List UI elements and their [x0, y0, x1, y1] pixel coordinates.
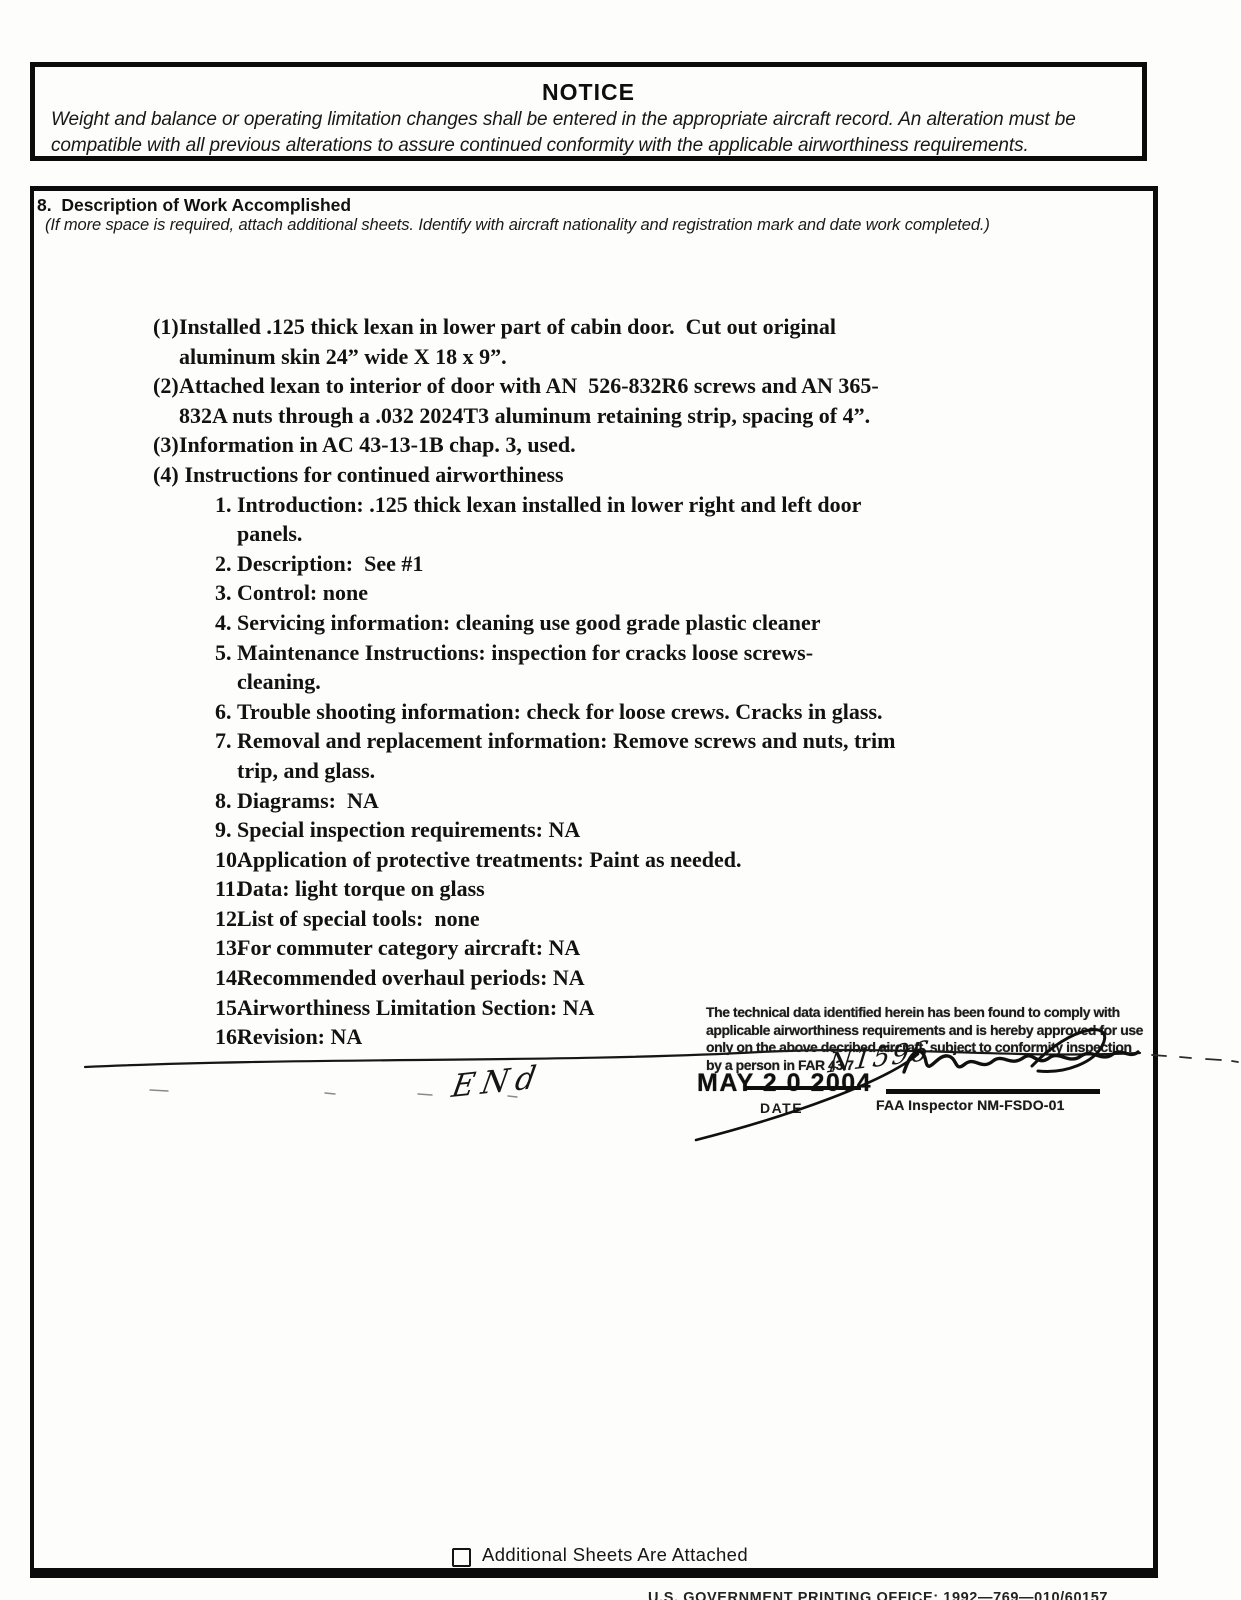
item-text: Maintenance Instructions: inspection for… — [237, 638, 1241, 697]
sub-item: 6.Trouble shooting information: check fo… — [0, 697, 1241, 727]
item-marker: (2) — [153, 371, 179, 401]
work-item: (2)Attached lexan to interior of door wi… — [0, 371, 1241, 430]
item-text: Control: none — [237, 578, 1241, 608]
item-marker: 1. — [215, 490, 232, 520]
section8-subtitle: (If more space is required, attach addit… — [45, 216, 990, 235]
item-marker: 9. — [215, 815, 232, 845]
item-marker: 10. — [215, 845, 243, 875]
item-marker: 6. — [215, 697, 232, 727]
item-text: Introduction: .125 thick lexan installed… — [237, 490, 1241, 549]
item-text: Removal and replacement information: Rem… — [237, 726, 1241, 785]
form-337-page: NOTICE Weight and balance or operating l… — [0, 0, 1241, 1600]
item-text: Recommended overhaul periods: NA — [237, 963, 1241, 993]
item-text: Data: light torque on glass — [237, 874, 1241, 904]
sub-item: 10.Application of protective treatments:… — [0, 845, 1241, 875]
item-text: Information in AC 43-13-1B chap. 3, used… — [179, 430, 1241, 460]
item-marker: 3. — [215, 578, 232, 608]
sub-item: 13.For commuter category aircraft: NA — [0, 933, 1241, 963]
print-office-imprint: U.S. GOVERNMENT PRINTING OFFICE: 1992—76… — [648, 1590, 1108, 1600]
item-marker: 11. — [215, 874, 241, 904]
sub-item: 5.Maintenance Instructions: inspection f… — [0, 638, 1241, 697]
sub-item: 14.Recommended overhaul periods: NA — [0, 963, 1241, 993]
item-marker: 13. — [215, 933, 243, 963]
item-text: Trouble shooting information: check for … — [237, 697, 1241, 727]
additional-sheets-label: Additional Sheets Are Attached — [482, 1544, 748, 1566]
sub-item: 12.List of special tools: none — [0, 904, 1241, 934]
section8-title: 8. Description of Work Accomplished — [37, 195, 351, 216]
item-marker: 8. — [215, 786, 232, 816]
sub-item: 1.Introduction: .125 thick lexan install… — [0, 490, 1241, 549]
item-text: Application of protective treatments: Pa… — [237, 845, 1241, 875]
sub-item: 3.Control: none — [0, 578, 1241, 608]
notice-title: NOTICE — [35, 79, 1142, 106]
item-marker: 5. — [215, 638, 232, 668]
work-item: (3)Information in AC 43-13-1B chap. 3, u… — [0, 430, 1241, 460]
item-text: Diagrams: NA — [237, 786, 1241, 816]
item-text: Installed .125 thick lexan in lower part… — [179, 312, 1241, 371]
item-text: Servicing information: cleaning use good… — [237, 608, 1241, 638]
item-text: Special inspection requirements: NA — [237, 815, 1241, 845]
sub-item: 8.Diagrams: NA — [0, 786, 1241, 816]
sub-item: 4.Servicing information: cleaning use go… — [0, 608, 1241, 638]
item-marker: 15. — [215, 993, 243, 1023]
continued-airworthiness-list: 1.Introduction: .125 thick lexan install… — [0, 490, 1241, 1052]
item-text: Instructions for continued airworthiness — [179, 460, 1241, 490]
additional-sheets-checkbox[interactable] — [452, 1548, 471, 1567]
work-item: (4) Instructions for continued airworthi… — [0, 460, 1241, 490]
item-marker: (4) — [153, 460, 179, 490]
item-marker: (3) — [153, 430, 179, 460]
item-text: For commuter category aircraft: NA — [237, 933, 1241, 963]
sub-item: 2.Description: See #1 — [0, 549, 1241, 579]
item-marker: 14. — [215, 963, 243, 993]
inspector-signature — [680, 1020, 1160, 1160]
item-marker: 2. — [215, 549, 232, 579]
work-items-list: (1)Installed .125 thick lexan in lower p… — [0, 312, 1241, 490]
sub-item: 7.Removal and replacement information: R… — [0, 726, 1241, 785]
item-marker: (1) — [153, 312, 179, 342]
work-description: (1)Installed .125 thick lexan in lower p… — [0, 312, 1241, 1052]
item-text: Attached lexan to interior of door with … — [179, 371, 1241, 430]
item-text: Description: See #1 — [237, 549, 1241, 579]
sub-item: 9.Special inspection requirements: NA — [0, 815, 1241, 845]
item-marker: 12. — [215, 904, 243, 934]
notice-box: NOTICE Weight and balance or operating l… — [30, 62, 1147, 161]
item-text: List of special tools: none — [237, 904, 1241, 934]
item-marker: 7. — [215, 726, 232, 756]
notice-body: Weight and balance or operating limitati… — [51, 107, 1121, 158]
item-marker: 4. — [215, 608, 232, 638]
sub-item: 11.Data: light torque on glass — [0, 874, 1241, 904]
work-item: (1)Installed .125 thick lexan in lower p… — [0, 312, 1241, 371]
